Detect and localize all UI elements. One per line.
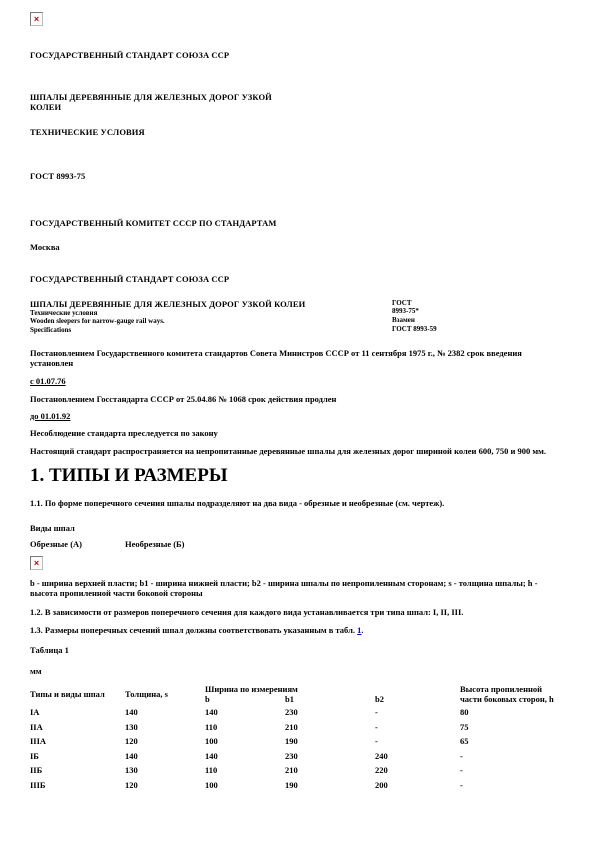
table-cell: 130: [125, 720, 205, 735]
gost-number-starred: 8993-75*: [392, 307, 565, 316]
table-cell: 240: [375, 749, 460, 764]
table-cell: IIIA: [30, 734, 125, 749]
gost-label: ГОСТ: [392, 299, 565, 308]
table-cell: 140: [125, 705, 205, 720]
scope-paragraph: Настоящий стандарт распространяется на н…: [30, 446, 565, 456]
gost-number: ГОСТ 8993-75: [30, 171, 565, 181]
law-notice: Несоблюдение стандарта преследуется по з…: [30, 428, 565, 438]
figure-placeholder: ×: [30, 556, 565, 570]
table-cell: IA: [30, 705, 125, 720]
broken-image-icon: ×: [30, 12, 43, 26]
column-header-thickness: Толщина, s: [125, 689, 205, 700]
table-cell: 100: [205, 734, 285, 749]
figure-label-a: Обрезные (А): [30, 539, 125, 549]
replaces-label: Взамен: [392, 316, 565, 325]
table-cell: 220: [375, 763, 460, 778]
table-cell: 190: [285, 734, 375, 749]
table-cell: 130: [125, 763, 205, 778]
figure-legend: b - ширина верхней пласти; b1 - ширина н…: [30, 578, 565, 598]
figure-label-b: Необрезные (Б): [125, 539, 185, 549]
paragraph-1-3-text: 1.3. Размеры поперечных сечений шпал дол…: [30, 625, 357, 635]
column-header-b2: b2: [375, 694, 460, 705]
table-cell: -: [375, 734, 460, 749]
table-cell: 110: [205, 763, 285, 778]
city-label: Москва: [30, 242, 565, 252]
paragraph-1-2: 1.2. В зависимости от размеров поперечно…: [30, 607, 565, 617]
committee-title: ГОСУДАРСТВЕННЫЙ КОМИТЕТ СССР ПО СТАНДАРТ…: [30, 218, 565, 228]
org-title-repeat: ГОСУДАРСТВЕННЫЙ СТАНДАРТ СОЮЗА ССР: [30, 274, 565, 284]
table-cell: 230: [285, 749, 375, 764]
decree-paragraph-1: Постановлением Государственного комитета…: [30, 348, 565, 368]
figure-labels: Обрезные (А) Необрезные (Б): [30, 539, 565, 549]
table-cell: -: [460, 778, 565, 793]
column-header-type: Типы и виды шпал: [30, 689, 125, 700]
table-cell: 140: [125, 749, 205, 764]
subtitle-ru: Технические условия: [30, 309, 392, 318]
title-block-title: ШПАЛЫ ДЕРЕВЯННЫЕ ДЛЯ ЖЕЛЕЗНЫХ ДОРОГ УЗКО…: [30, 299, 392, 309]
column-header-height: Высота пропиленной части боковых сторон,…: [460, 684, 565, 705]
table-cell: 200: [375, 778, 460, 793]
table-cell: 100: [205, 778, 285, 793]
org-title-top: ГОСУДАРСТВЕННЫЙ СТАНДАРТ СОЮЗА ССР: [30, 50, 565, 60]
document-page: × ГОСУДАРСТВЕННЫЙ СТАНДАРТ СОЮЗА ССР ШПА…: [0, 0, 595, 842]
table-cell: 120: [125, 734, 205, 749]
figure-caption: Виды шпал: [30, 523, 565, 533]
table-body: IA 140 140 230 - 80 IIA 130 110 210 - 75…: [30, 705, 565, 793]
effective-date-2: до 01.01.92: [30, 411, 565, 421]
column-group-width: Ширина по измерениям: [205, 684, 460, 695]
title-block: ШПАЛЫ ДЕРЕВЯННЫЕ ДЛЯ ЖЕЛЕЗНЫХ ДОРОГ УЗКО…: [30, 299, 565, 335]
document-title: ШПАЛЫ ДЕРЕВЯННЫЕ ДЛЯ ЖЕЛЕЗНЫХ ДОРОГ УЗКО…: [30, 92, 300, 112]
table-cell: 230: [285, 705, 375, 720]
section-1-heading: 1. ТИПЫ И РАЗМЕРЫ: [30, 465, 565, 487]
title-block-left: ШПАЛЫ ДЕРЕВЯННЫЕ ДЛЯ ЖЕЛЕЗНЫХ ДОРОГ УЗКО…: [30, 299, 392, 335]
subtitle-en-2: Specifications: [30, 326, 392, 335]
table-caption: Таблица 1: [30, 645, 565, 655]
table-cell: 190: [285, 778, 375, 793]
table-cell: IIA: [30, 720, 125, 735]
table-cell: 140: [205, 749, 285, 764]
effective-date-1: с 01.07.76: [30, 376, 565, 386]
table-cell: IБ: [30, 749, 125, 764]
column-header-b: b: [205, 694, 285, 705]
table-cell: 140: [205, 705, 285, 720]
table-cell: 75: [460, 720, 565, 735]
table-cell: 210: [285, 763, 375, 778]
title-block-right: ГОСТ 8993-75* Взамен ГОСТ 8993-59: [392, 299, 565, 335]
table-cell: 65: [460, 734, 565, 749]
paragraph-1-3-suffix: .: [361, 625, 363, 635]
column-header-b1: b1: [285, 694, 375, 705]
broken-image-icon: ×: [30, 556, 43, 570]
table-cell: IIIБ: [30, 778, 125, 793]
table-cell: -: [460, 763, 565, 778]
table-cell: 80: [460, 705, 565, 720]
subtitle-en-1: Wooden sleepers for narrow-gauge rail wa…: [30, 317, 392, 326]
table-cell: -: [460, 749, 565, 764]
table-cell: IIБ: [30, 763, 125, 778]
table-cell: 120: [125, 778, 205, 793]
table-units: мм: [30, 666, 565, 676]
table-cell: 110: [205, 720, 285, 735]
replaces-number: ГОСТ 8993-59: [392, 325, 565, 334]
paragraph-1-1: 1.1. По форме поперечного сечения шпалы …: [30, 498, 565, 508]
table-cell: -: [375, 705, 460, 720]
table-cell: 210: [285, 720, 375, 735]
table-cell: -: [375, 720, 460, 735]
paragraph-1-3: 1.3. Размеры поперечных сечений шпал дол…: [30, 625, 565, 635]
table-header: Типы и виды шпал Толщина, s Ширина по из…: [30, 684, 565, 705]
title-block-subtitles: Технические условия Wooden sleepers for …: [30, 309, 392, 335]
decree-paragraph-2: Постановлением Госстандарта СССР от 25.0…: [30, 394, 565, 404]
document-subtitle: ТЕХНИЧЕСКИЕ УСЛОВИЯ: [30, 127, 565, 137]
